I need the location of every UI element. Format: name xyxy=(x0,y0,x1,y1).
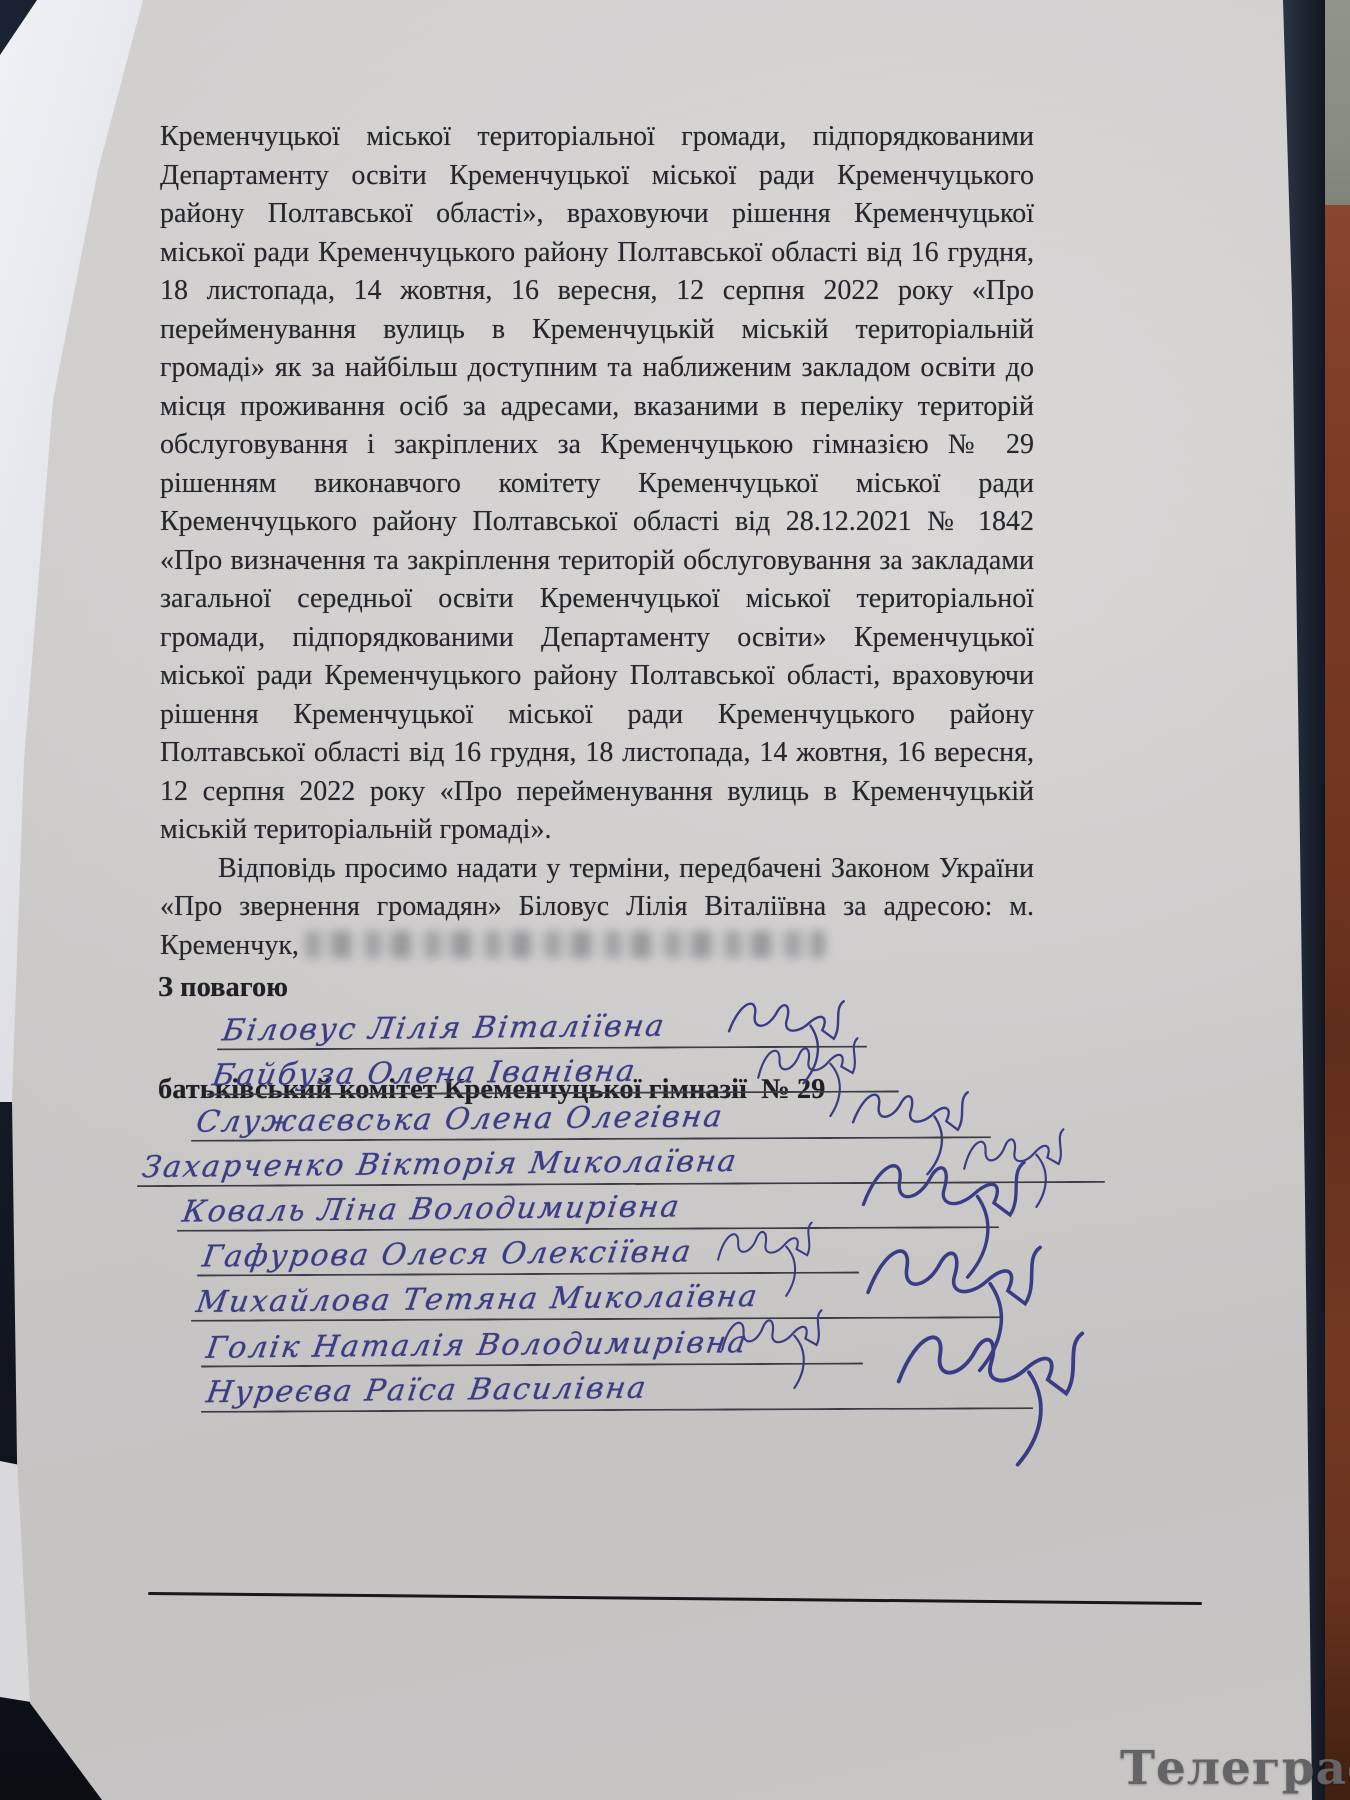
signature-rule-line xyxy=(148,1592,1202,1605)
signature-row: Михайлова Тетяна Миколаївна xyxy=(215,1277,1115,1322)
signatory-name: Голік Наталія Володимирівна xyxy=(204,1325,750,1366)
pen-flourish xyxy=(711,1219,825,1278)
signatory-name: Нуреєва Раїса Василівна xyxy=(204,1370,650,1410)
photo-scene: Кременчуцької міської територіальної гро… xyxy=(0,0,1350,1800)
signature-row: Байбуза Олена Іванівна xyxy=(215,1051,1115,1096)
document-page: Кременчуцької міської територіальної гро… xyxy=(0,0,1350,1800)
watermark: ТелеграфЪ xyxy=(1120,1737,1350,1797)
signatory-name: Байбуза Олена Іванівна xyxy=(210,1054,639,1093)
signatory-name: Біловус Лілія Віталіївна xyxy=(220,1009,668,1049)
signature-row: Коваль Ліна Володимирівна xyxy=(215,1187,1115,1232)
signatory-name: Михайлова Тетяна Миколаївна xyxy=(194,1279,761,1320)
pen-flourish xyxy=(715,1305,835,1367)
signature-row: Нуреєва Раїса Василівна xyxy=(215,1368,1115,1413)
signatory-name: Гафурова Олеся Олексіївна xyxy=(200,1235,695,1275)
signatory-name: Коваль Ліна Володимирівна xyxy=(180,1189,683,1229)
watermark-main: Телеграф xyxy=(1120,1741,1350,1796)
body-text: Кременчуцької міської територіальної гро… xyxy=(160,118,1034,965)
signatory-name: Служаєвська Олена Олегівна xyxy=(194,1099,726,1140)
signature-row: Біловус Лілія Віталіївна xyxy=(215,1006,1115,1051)
signatory-name: Захарченко Вікторія Миколаївна xyxy=(140,1144,740,1185)
signature-list: Біловус Лілія ВіталіївнаБайбуза Олена Ів… xyxy=(215,1006,1115,1413)
body-paragraph-1: Кременчуцької міської територіальної гро… xyxy=(160,118,1034,850)
